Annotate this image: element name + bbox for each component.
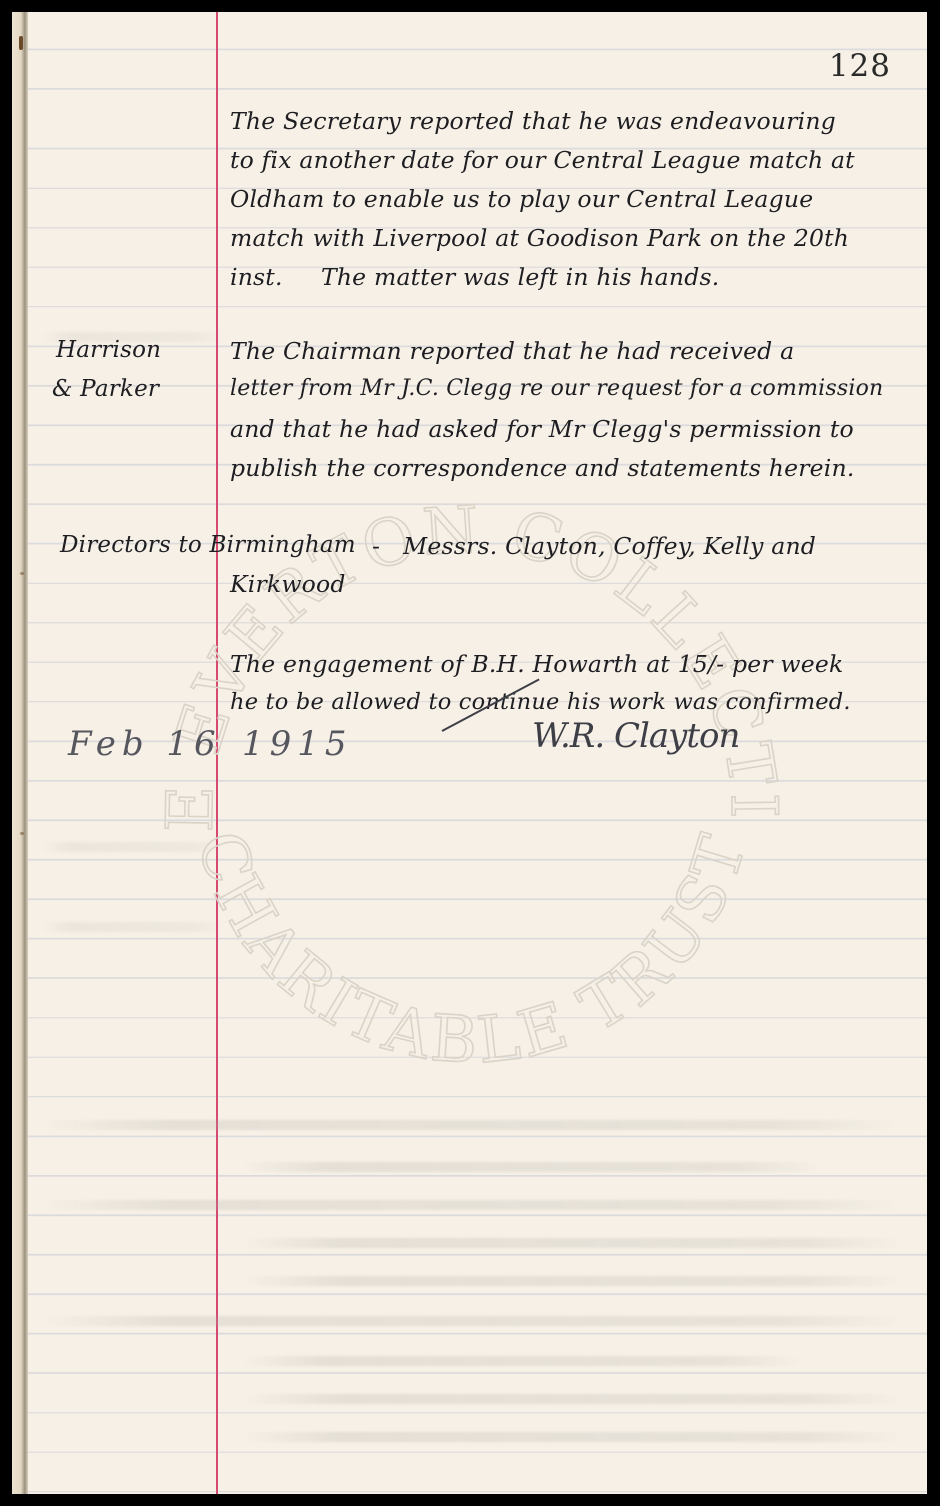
show-through bbox=[42, 1200, 902, 1210]
show-through bbox=[42, 922, 222, 932]
minute-line: The Secretary reported that he was endea… bbox=[230, 107, 836, 135]
minute-line: letter from Mr J.C. Clegg re our request… bbox=[230, 376, 883, 401]
foxing-spot bbox=[20, 572, 24, 575]
show-through bbox=[242, 1356, 802, 1366]
show-through bbox=[42, 842, 222, 852]
show-through bbox=[242, 1432, 902, 1442]
margin-heading: Harrison bbox=[56, 337, 161, 363]
margin-heading: & Parker bbox=[52, 376, 159, 402]
show-through bbox=[242, 1276, 902, 1286]
ledger-page: THE EVERTON COLLECTION CHARITABLE TRUST … bbox=[12, 12, 927, 1494]
minute-line: and that he had asked for Mr Clegg's per… bbox=[230, 415, 854, 443]
show-through bbox=[242, 1238, 902, 1248]
pencil-year: 1915 bbox=[242, 724, 353, 764]
foxing-spot bbox=[19, 36, 23, 50]
minute-line: publish the correspondence and statement… bbox=[230, 454, 855, 482]
minute-line: match with Liverpool at Goodison Park on… bbox=[230, 224, 849, 252]
margin-heading: Directors to Birmingham bbox=[60, 532, 356, 558]
show-through bbox=[242, 1162, 822, 1172]
minute-line: he to be allowed to continue his work wa… bbox=[230, 689, 851, 715]
pencil-date: Feb 16 bbox=[68, 724, 222, 764]
minute-line: to fix another date for our Central Leag… bbox=[230, 146, 855, 174]
minute-line: The Chairman reported that he had receiv… bbox=[230, 337, 794, 365]
page-number: 128 bbox=[829, 48, 891, 84]
page-gutter bbox=[12, 12, 28, 1494]
minute-line: - Messrs. Clayton, Coffey, Kelly and bbox=[372, 532, 816, 560]
show-through bbox=[42, 1120, 902, 1130]
minute-line: inst. The matter was left in his hands. bbox=[230, 263, 719, 291]
show-through bbox=[242, 1394, 902, 1404]
minute-line: The engagement of B.H. Howarth at 15/- p… bbox=[230, 650, 843, 678]
foxing-spot bbox=[20, 832, 24, 835]
chairman-signature: W.R. Clayton bbox=[532, 716, 739, 756]
show-through bbox=[42, 1316, 902, 1326]
minute-line: Oldham to enable us to play our Central … bbox=[230, 185, 813, 213]
minute-line: Kirkwood bbox=[230, 570, 346, 598]
